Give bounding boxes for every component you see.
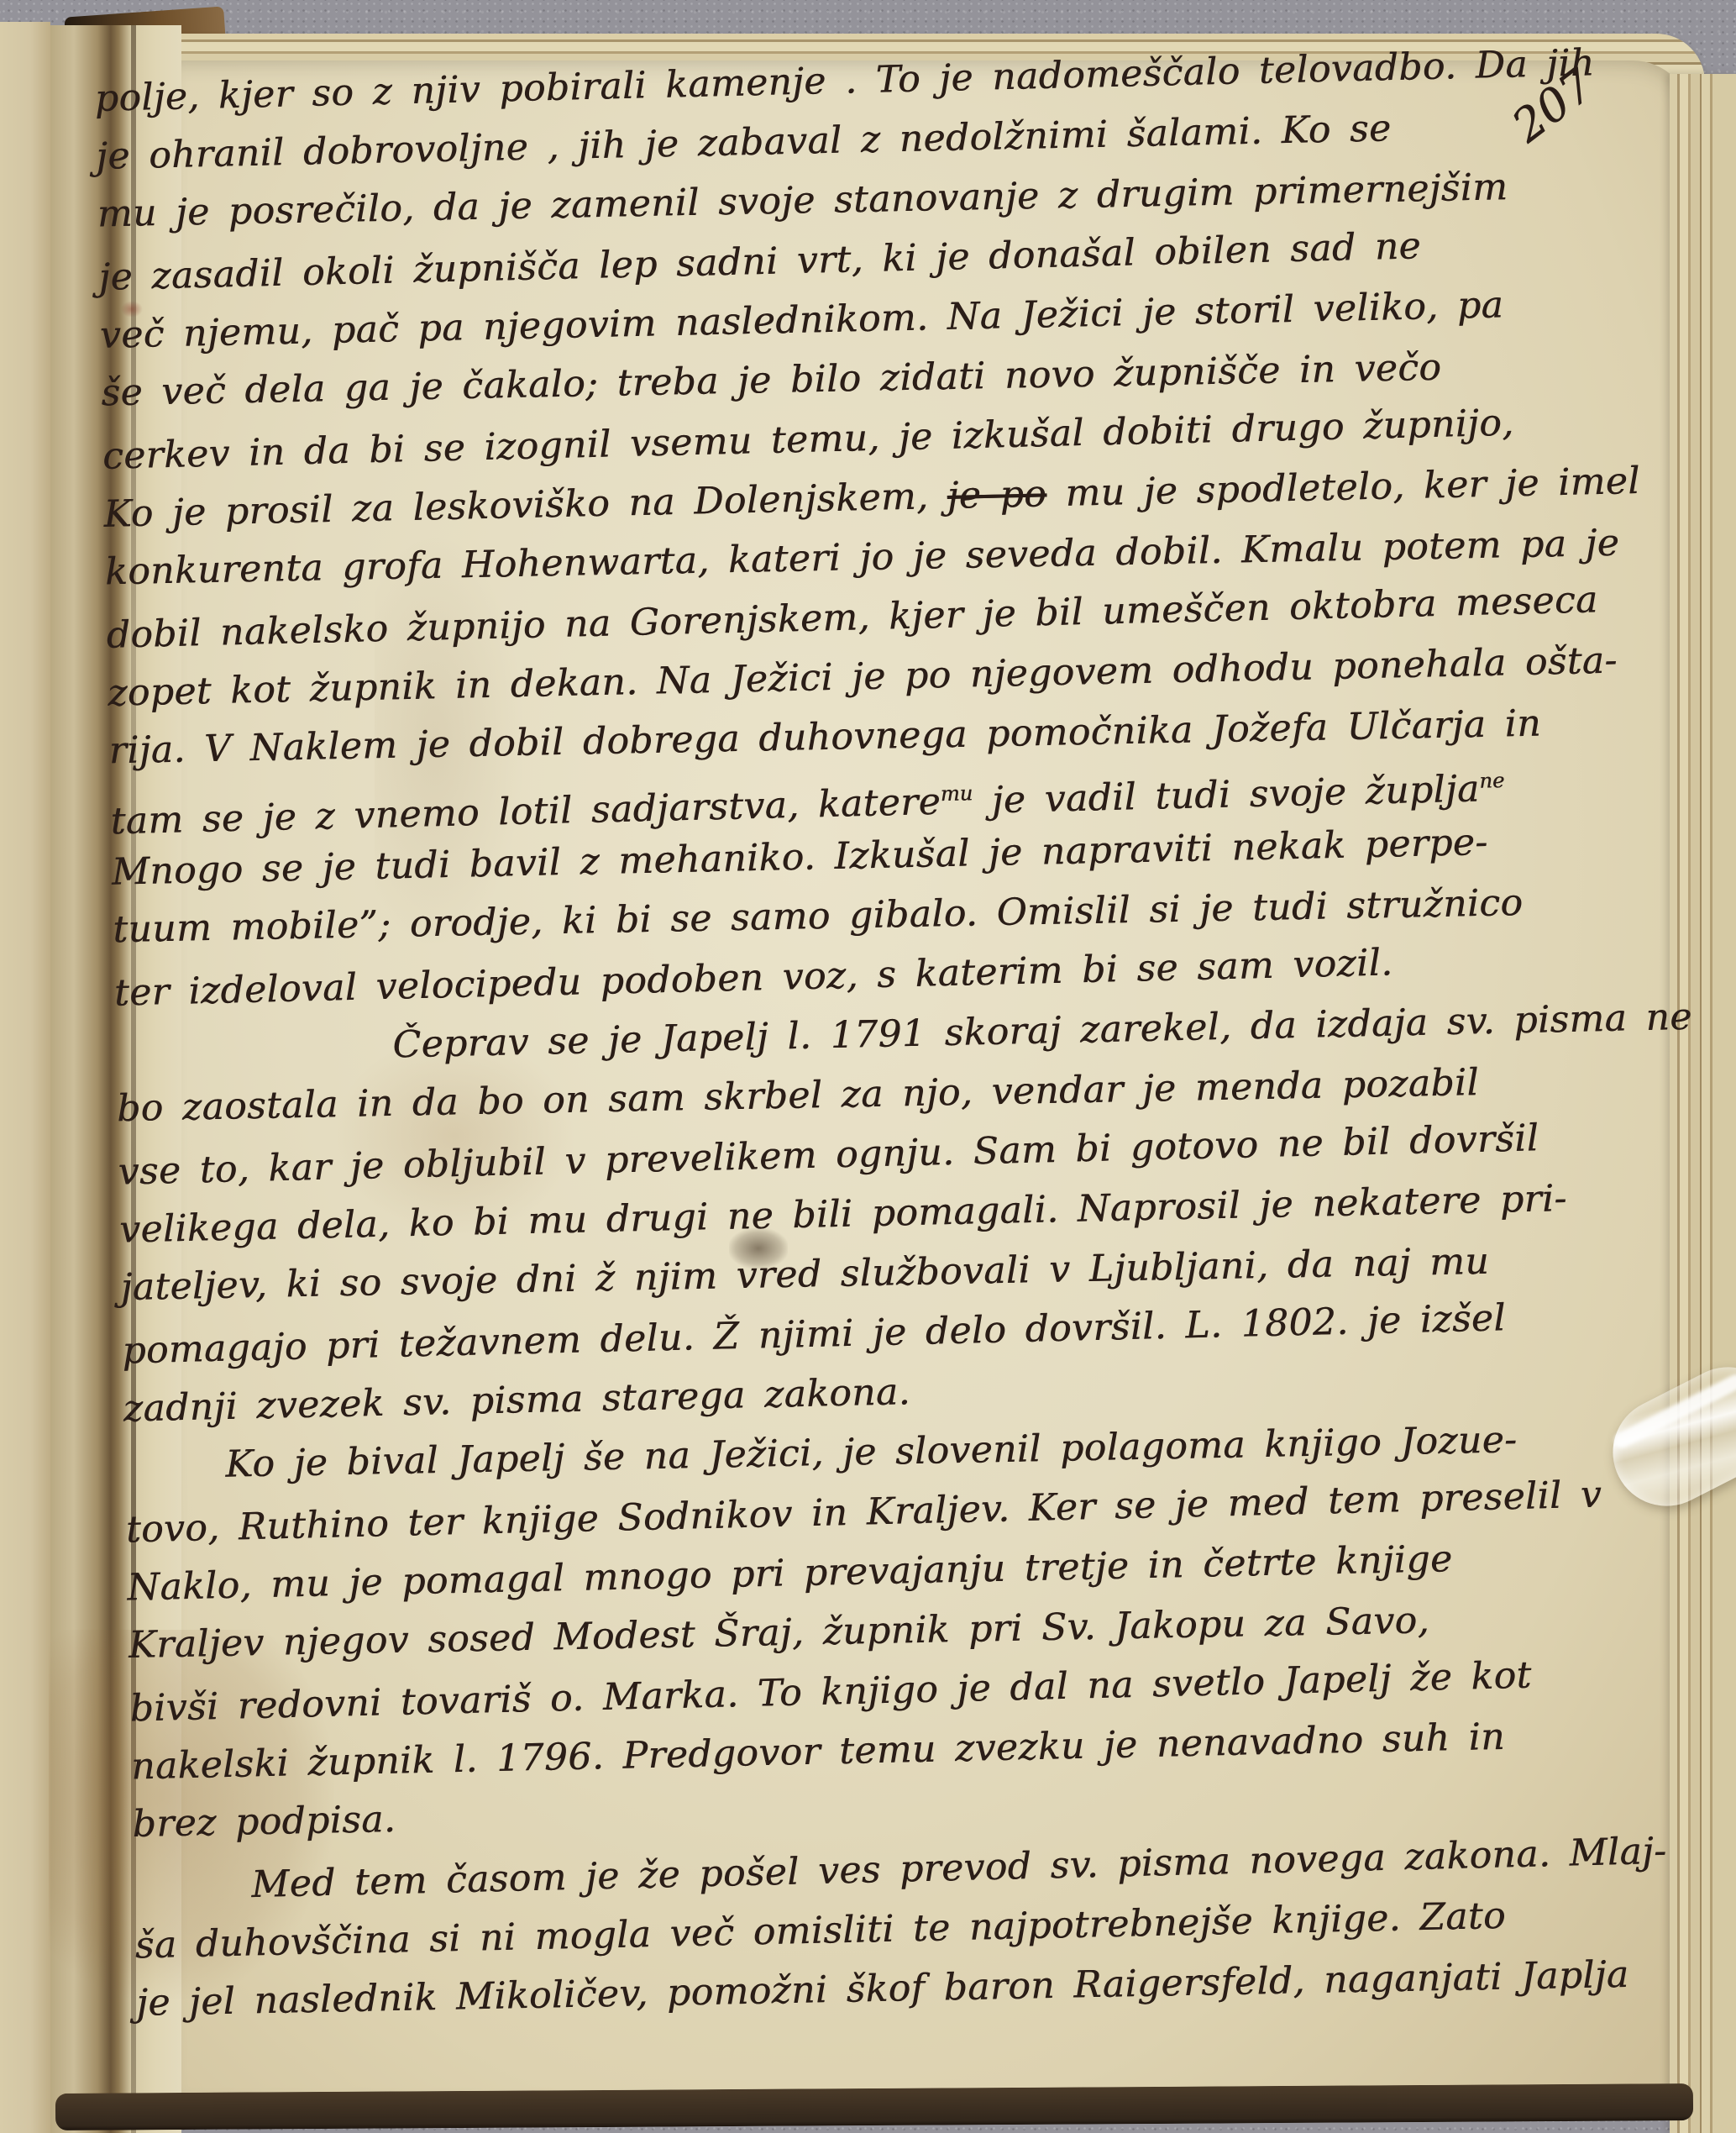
facing-page-sliver [0, 22, 50, 2133]
manuscript-text-block: 207 polje, kjer so z njiv pobirali kamen… [94, 32, 1736, 2083]
manuscript-lines: polje, kjer so z njiv pobirali kamenje .… [94, 32, 1736, 2035]
